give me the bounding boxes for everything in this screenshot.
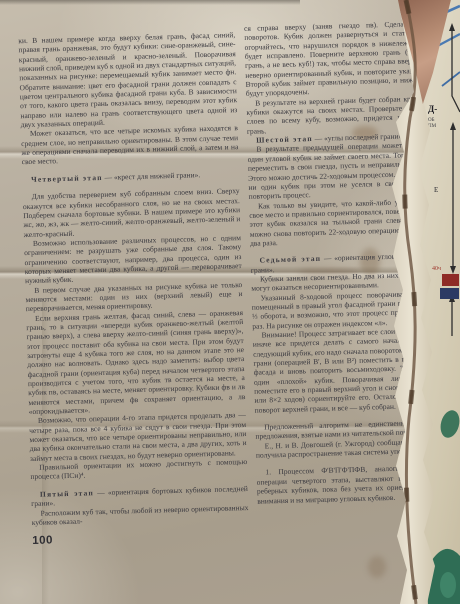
dimension-arrow-icon xyxy=(452,30,460,112)
paragraph: Четвертый этап — «крест для нижней грани… xyxy=(22,169,239,184)
article-text: ки. В нашем примере когда вверху белая г… xyxy=(18,18,438,30)
paragraph-text: Если верхняя грань желтая, фасад синий, … xyxy=(26,308,245,416)
arrowhead-icon xyxy=(449,23,455,31)
paragraph-text: ки. В нашем примере когда вверху белая г… xyxy=(18,30,237,129)
page-number: 100 xyxy=(32,531,249,546)
paragraph: Если верхняя грань желтая, фасад синий, … xyxy=(26,308,246,417)
paper-stain xyxy=(368,556,386,578)
magazine-page: ки. В нашем примере когда вверху белая г… xyxy=(0,0,436,604)
back-page-label: Е xyxy=(434,186,438,194)
paragraph: Может оказаться, что все четыре искомых … xyxy=(21,124,239,167)
left-column: ки. В нашем примере когда вверху белая г… xyxy=(18,30,249,546)
paragraph-text: — «крест для нижней грани». xyxy=(103,170,201,182)
paragraph: Для удобства перевернем куб собранным сл… xyxy=(23,186,241,239)
paragraph-text: Возможно, что операции 4-го этапа придет… xyxy=(29,410,247,462)
paragraph-text: Для удобства перевернем куб собранным сл… xyxy=(23,186,241,238)
arrowhead-icon xyxy=(450,266,456,274)
blue-print-fragment xyxy=(440,288,459,299)
blue-diagram-line xyxy=(442,72,460,86)
paragraph-text: Может оказаться, что все четыре искомых … xyxy=(21,124,238,167)
newspaper-photo: Д- ОБ ПМ Е 40ч ки. В нашем xyxy=(0,0,460,604)
page-top-edge xyxy=(0,0,300,5)
paragraph-text: Возможно использование различных процесс… xyxy=(24,233,242,285)
stage-heading: Седьмой этап xyxy=(259,254,321,265)
paragraph: ки. В нашем примере когда вверху белая г… xyxy=(18,30,238,129)
green-illustration-fragment xyxy=(440,572,456,598)
paragraph: Возможно, что операции 4-го этапа придет… xyxy=(29,410,247,463)
red-print-fragment xyxy=(442,274,459,286)
paragraph: Возможно использование различных процесс… xyxy=(24,233,242,286)
stage-heading: Четвертый этап xyxy=(31,173,103,184)
left-column-paragraphs: ки. В нашем примере когда вверху белая г… xyxy=(18,30,249,527)
back-page-label: 40ч xyxy=(432,266,441,272)
arrowhead-icon xyxy=(450,122,456,130)
stage-heading: Пятый этап xyxy=(40,488,94,499)
green-illustration-fragment xyxy=(438,408,460,440)
